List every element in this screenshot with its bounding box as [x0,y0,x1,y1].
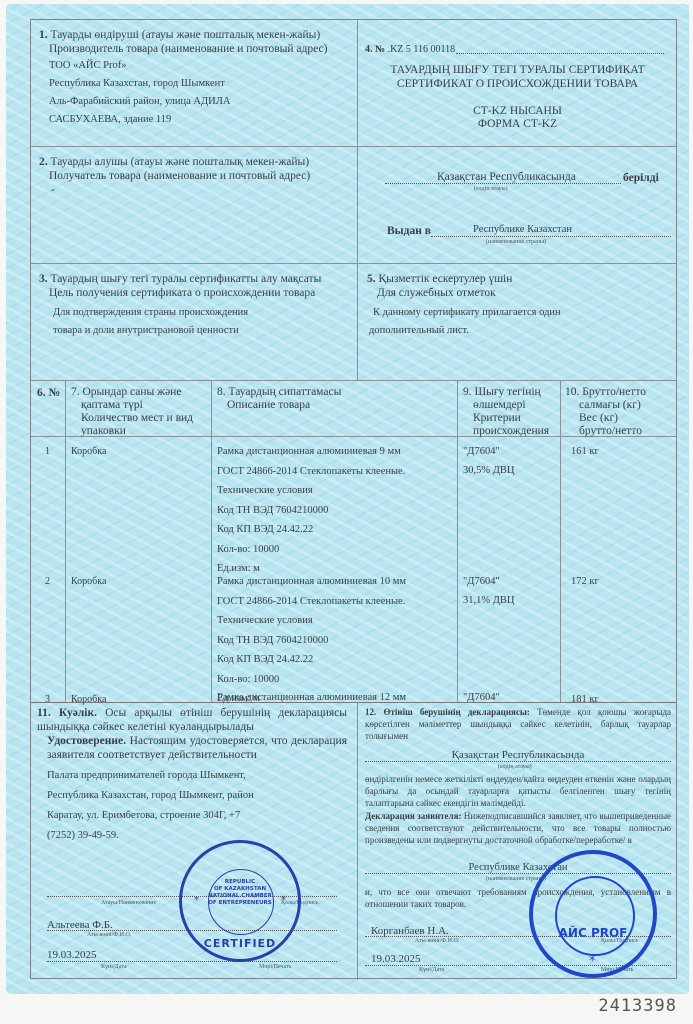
manufacturer-name: ТОО «АЙС Prof» [49,56,126,75]
issued-country-kz: Қазақстан Республикасында [437,170,576,185]
chamber-address: Республика Казахстан, город Шымкент, рай… [47,786,254,805]
box3-title-ru: Цель получения сертификата о происхожден… [49,286,315,301]
serial-number: 2413398 [598,996,677,1016]
divider [211,380,212,702]
certificate-number: 4. № .KZ 5 116 00118 [365,42,455,57]
certificate-title-kz: ТАУАРДЫҢ ШЫҒУ ТЕГІ ТУРАЛЫ СЕРТИФИКАТ [357,63,678,78]
box2-title-kz: 2. Тауарды алушы (атауы және пошталық ме… [39,155,309,170]
box11-certification-kz: 11. Куәлік. Осы арқылы өтініш берушінің … [37,706,347,734]
certificate-frame: 1. Тауарды өндіруші (атауы және пошталық… [30,19,677,979]
service-note: дополнительный лист. [369,321,469,340]
col-header-packages: 7. Орындар саны жәнеқаптама түріКоличест… [71,386,193,438]
box1-title-kz: 1. Тауарды өндіруші (атауы және пошталық… [39,28,320,43]
purpose-text: товара и доли внутристрановой ценности [53,321,239,340]
divider [457,380,458,702]
col-header-criteria: 9. Шығу тегініңөлшемдеріКритериипроисхож… [463,386,549,438]
divider [31,263,676,264]
chamber-stamp: REPUBLICOF KAZAKHSTANNATIONAL CHAMBEROF … [179,840,301,962]
consignee-value: - [51,183,55,198]
divider [31,146,676,147]
box12-declaration-kz-cont: өндірілгенін немесе жеткілікті өңдеуден/… [365,773,671,809]
box11-certification-ru: Удостоверение. Настоящим удостоверяется,… [47,734,347,762]
col-header-description: 8. Тауардың сипаттамасыОписание товара [217,386,341,412]
certificate-title-ru: СЕРТИФИКАТ О ПРОИСХОЖДЕНИИ ТОВАРА [357,77,678,92]
purpose-text: Для подтверждения страны происхождения [53,303,248,322]
chamber-address: Каратау, ул. Еримбетова, строение 304Г, … [47,806,240,825]
divider [357,702,358,980]
issued-label-ru: Выдан в [387,224,431,239]
manufacturer-address: Аль-Фарабийский район, улица АДИЛА [49,92,230,111]
box3-title-kz: 3. Тауардың шығу тегі туралы сертификатт… [39,272,321,287]
issued-country-ru: Республике Казахстан [473,222,572,237]
chamber-address: (7252) 39-49-59. [47,826,119,845]
box12-declaration-ru: Декларация заявителя: Нижеподписавшийся … [365,810,671,846]
service-note: К данному сертификату прилагается один [373,303,561,322]
manufacturer-address: Республика Казахстан, город Шымкент [49,74,225,93]
box5-title-ru: Для служебных отметок [377,286,496,301]
box5-title-kz: 5. Қызметтік ескертулер үшін [367,272,512,287]
box1-title-ru: Производитель товара (наименование и поч… [49,42,327,57]
certificate-sheet: 1. Тауарды өндіруші (атауы және пошталық… [6,4,689,994]
manufacturer-address: САСБУХАЕВА, здание 119 [49,110,171,129]
divider [31,380,676,381]
box12-declaration-kz: 12. Өтініш берушінің декларациясы: Төмен… [365,706,671,742]
col-header-no: 6. № [37,386,60,401]
chamber-address: Палата предпринимателей города Шымкент, [47,766,246,785]
company-stamp: АЙС PROF * [529,850,657,978]
form-label-ru: ФОРМА СТ-KZ [357,117,678,132]
box2-title-ru: Получатель товара (наименование и почтов… [49,169,310,184]
divider [65,380,66,702]
issued-label-kz: берілді [623,171,659,186]
col-header-weight: 10. Брутто/неттосалмағы (кг)Вес (кг)брут… [565,386,646,438]
divider [560,380,561,702]
